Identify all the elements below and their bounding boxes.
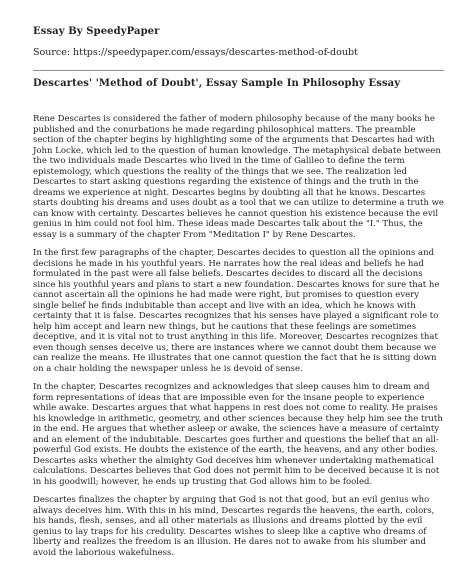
essay-paragraph-2: In the first few paragraphs of the chapt…: [33, 248, 444, 374]
essay-paragraph-1: Rene Descartes is considered the father …: [33, 114, 444, 240]
essay-title: Descartes' 'Method of Doubt', Essay Samp…: [33, 77, 444, 90]
essay-body: Rene Descartes is considered the father …: [33, 114, 444, 558]
essay-paragraph-4: Descartes finalizes the chapter by argui…: [33, 495, 444, 558]
essay-byline: Essay By SpeedyPaper: [33, 26, 444, 38]
divider: [33, 70, 444, 71]
essay-paragraph-3: In the chapter, Descartes recognizes and…: [33, 382, 444, 487]
essay-document-page: Essay By SpeedyPaper Source: https://spe…: [0, 0, 474, 575]
source-url-line: Source: https://speedypaper.com/essays/d…: [33, 47, 444, 59]
